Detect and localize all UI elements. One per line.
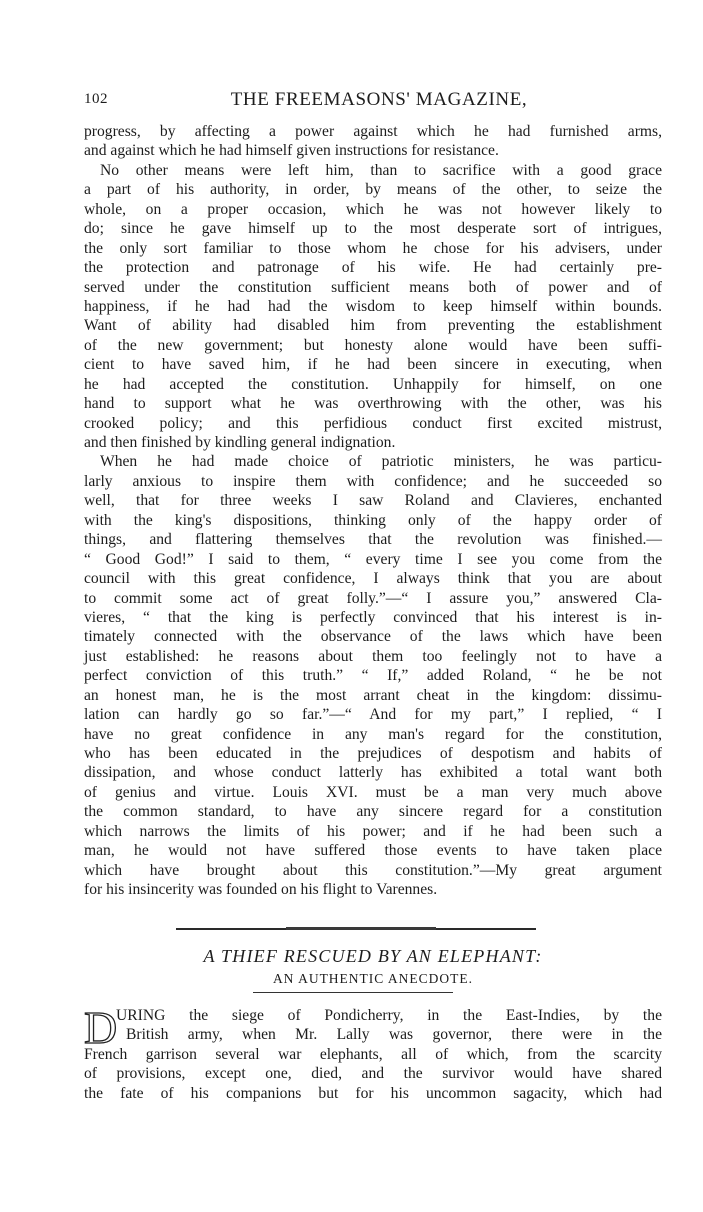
text-line: happiness, if he had had the wisdom to k… bbox=[84, 297, 662, 316]
text-line: URING the siege of Pondicherry, in the E… bbox=[84, 1006, 662, 1025]
text-line: progress, by affecting a power against w… bbox=[84, 122, 662, 141]
text-line: “ Good God!” I said to them, “ every tim… bbox=[84, 550, 662, 569]
text-line: have no great confidence in any man's re… bbox=[84, 725, 662, 744]
text-line: cient to have saved him, if he had been … bbox=[84, 355, 662, 374]
text-line: he had accepted the constitution. Unhapp… bbox=[84, 375, 662, 394]
main-text-block: progress, by affecting a power against w… bbox=[84, 122, 662, 900]
text-line: who has been educated in the prejudices … bbox=[84, 744, 662, 763]
text-line: a part of his authority, in order, by me… bbox=[84, 180, 662, 199]
text-line: for his insincerity was founded on his f… bbox=[84, 880, 662, 899]
text-line: the common standard, to have any sincere… bbox=[84, 802, 662, 821]
article-text-block: URING the siege of Pondicherry, in the E… bbox=[84, 1006, 662, 1103]
text-line: British army, when Mr. Lally was governo… bbox=[84, 1025, 662, 1044]
text-line: of genius and virtue. Louis XVI. must be… bbox=[84, 783, 662, 802]
text-line: and then finished by kindling general in… bbox=[84, 433, 662, 452]
text-line: council with this great confidence, I al… bbox=[84, 569, 662, 588]
text-line: just established: he reasons about them … bbox=[84, 647, 662, 666]
text-line: man, he would not have suffered those ev… bbox=[84, 841, 662, 860]
text-line: larly anxious to inspire them with confi… bbox=[84, 472, 662, 491]
text-line: do; since he gave himself up to the most… bbox=[84, 219, 662, 238]
section-divider bbox=[176, 928, 536, 930]
text-line: the only sort familiar to those whom he … bbox=[84, 239, 662, 258]
paragraph-start-line: No other means were left him, than to sa… bbox=[84, 161, 662, 180]
text-line: whole, on a proper occasion, which he wa… bbox=[84, 200, 662, 219]
subtitle-rule bbox=[253, 992, 453, 993]
text-line: Want of ability had disabled him from pr… bbox=[84, 316, 662, 335]
text-line: things, and flattering themselves that t… bbox=[84, 530, 662, 549]
paragraph-start-line: When he had made choice of patriotic min… bbox=[84, 452, 662, 471]
text-line: lation can hardly go so far.”—“ And for … bbox=[84, 705, 662, 724]
text-line: vieres, “ that the king is perfectly con… bbox=[84, 608, 662, 627]
text-line: perfect conviction of this truth.” “ If,… bbox=[84, 666, 662, 685]
article-subtitle: AN AUTHENTIC ANECDOTE. bbox=[84, 971, 662, 987]
text-line: of provisions, except one, died, and the… bbox=[84, 1064, 662, 1083]
text-line: French garrison several war elephants, a… bbox=[84, 1045, 662, 1064]
text-line: with the king's dispositions, thinking o… bbox=[84, 511, 662, 530]
article-title: A THIEF RESCUED BY AN ELEPHANT: bbox=[84, 946, 662, 967]
text-line: dissipation, and whose conduct latterly … bbox=[84, 763, 662, 782]
text-line: which narrows the limits of his power; a… bbox=[84, 822, 662, 841]
divider-ornament bbox=[286, 927, 436, 930]
text-line: hand to support what he was overthrowing… bbox=[84, 394, 662, 413]
text-line: and against which he had himself given i… bbox=[84, 141, 662, 160]
text-line: of the new government; but honesty alone… bbox=[84, 336, 662, 355]
text-line: timately connected with the observance o… bbox=[84, 627, 662, 646]
text-line: well, that for three weeks I saw Roland … bbox=[84, 491, 662, 510]
text-line: an honest man, he is the most arrant che… bbox=[84, 686, 662, 705]
text-line: the protection and patronage of his wife… bbox=[84, 258, 662, 277]
running-title: THE FREEMASONS' MAGAZINE, bbox=[84, 89, 664, 111]
text-line: which have brought about this constituti… bbox=[84, 861, 662, 880]
magazine-page: 102 THE FREEMASONS' MAGAZINE, progress, … bbox=[0, 0, 703, 1212]
text-line: served under the constitution sufficient… bbox=[84, 278, 662, 297]
page-header: 102 THE FREEMASONS' MAGAZINE, bbox=[84, 91, 664, 113]
text-line: the fate of his companions but for his u… bbox=[84, 1084, 662, 1103]
text-line: crooked policy; and this perfidious cond… bbox=[84, 414, 662, 433]
text-line: to commit some act of great folly.”—“ I … bbox=[84, 589, 662, 608]
